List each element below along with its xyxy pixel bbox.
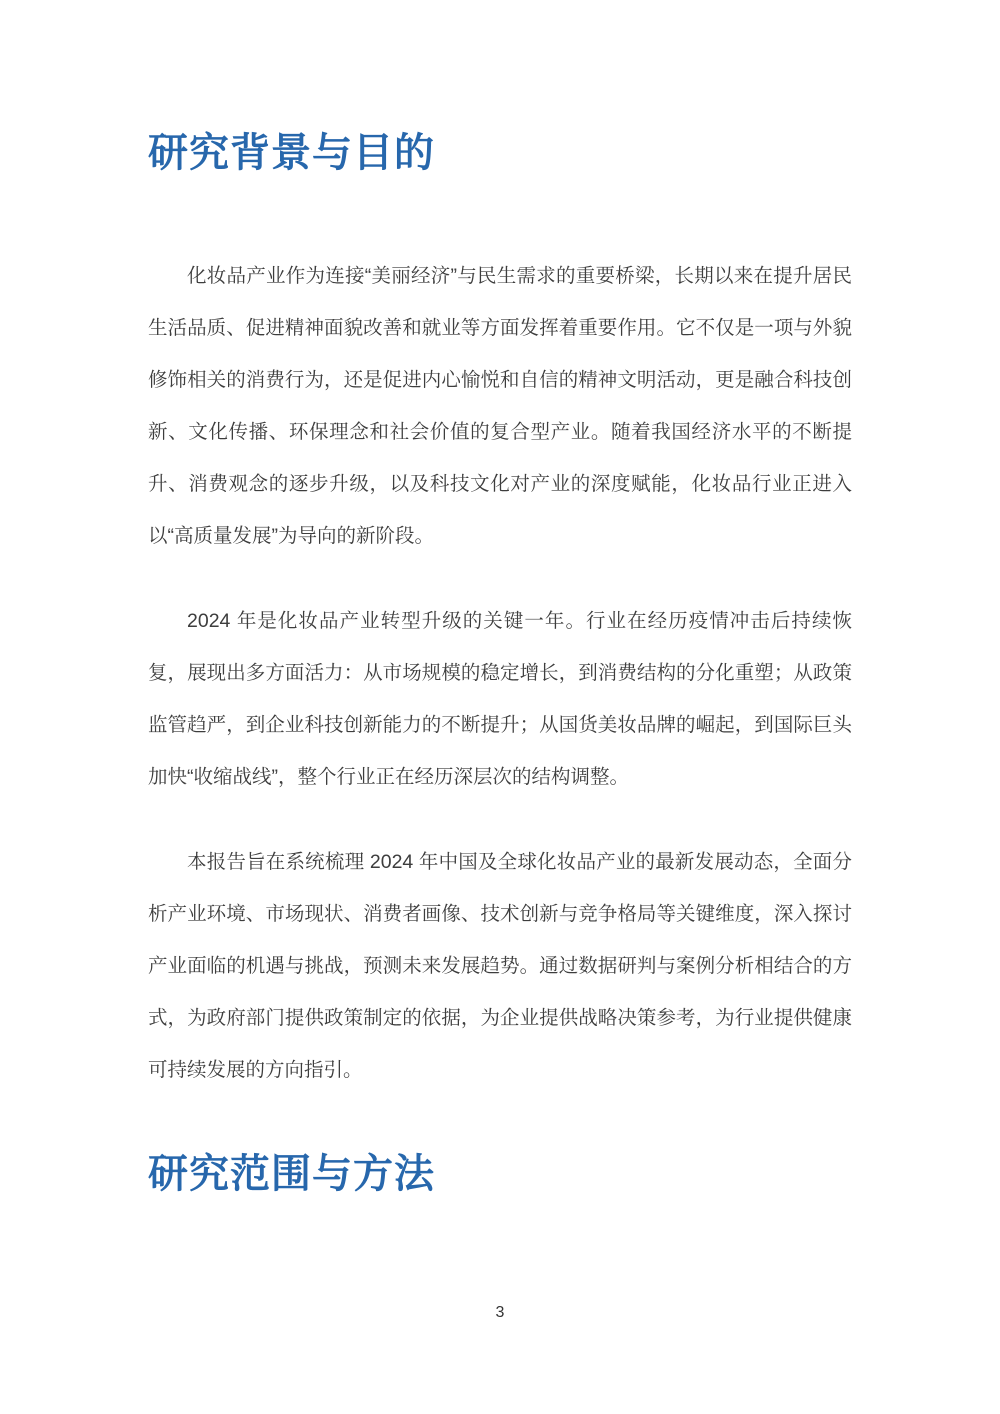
page-content: 研究背景与目的 化妆品产业作为连接“美丽经济”与民生需求的重要桥梁，长期以来在提… — [148, 0, 852, 1197]
paragraph-report-purpose: 本报告旨在系统梳理 2024 年中国及全球化妆品产业的最新发展动态，全面分析产业… — [148, 836, 852, 1096]
paragraph-2024-transition: 2024 年是化妆品产业转型升级的关键一年。行业在经历疫情冲击后持续恢复，展现出… — [148, 595, 852, 803]
paragraph-industry-overview: 化妆品产业作为连接“美丽经济”与民生需求的重要桥梁，长期以来在提升居民生活品质、… — [148, 250, 852, 562]
document-page: 研究背景与目的 化妆品产业作为连接“美丽经济”与民生需求的重要桥梁，长期以来在提… — [0, 0, 1000, 1414]
section-title-research-scope: 研究范围与方法 — [148, 1151, 852, 1197]
section-title-research-background: 研究背景与目的 — [148, 130, 852, 176]
page-number: 3 — [0, 1304, 1000, 1322]
